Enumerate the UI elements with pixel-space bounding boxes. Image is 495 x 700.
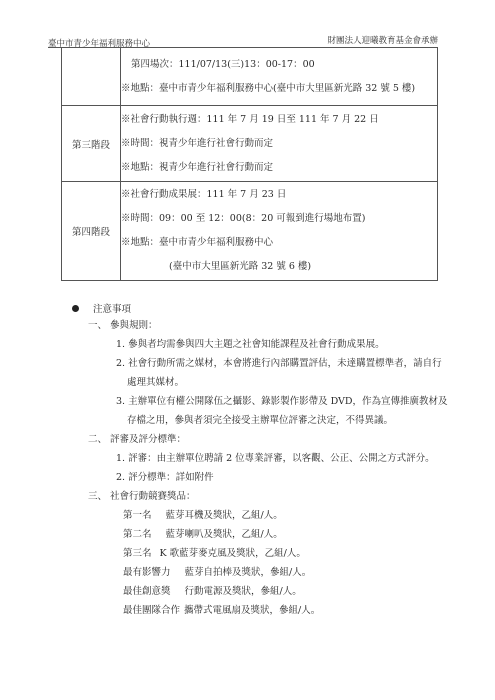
rule-item: 1. 參與者均需參與四大主題之社會知能課程及社會行動成果展。	[80, 335, 455, 354]
section-heading: 一、 參與規則：	[80, 316, 455, 335]
rule-text: 3. 主辦單位有權公開隊伍之攝影、錄影製作影帶及 DVD，作為宣傳推廣教材及	[116, 396, 448, 407]
schedule-table: 第四場次：111/07/13(三)13：00-17：00 ※地點：臺中市青少年福…	[61, 47, 438, 281]
judging-text: 1. 評審：由主辦單位聘請 2 位專業評審，以客觀、公正、公開之方式評分。	[116, 453, 435, 464]
bullet-icon	[72, 305, 79, 312]
action-time: ※時間：視青少年進行社會行動而定	[121, 132, 437, 156]
prize-row: 第一名藍芽耳機及獎狀，乙組/人。	[80, 506, 455, 525]
rule-text-continued: 處理其媒材。	[116, 373, 455, 392]
detail-cell: 第四場次：111/07/13(三)13：00-17：00 ※地點：臺中市青少年福…	[121, 48, 438, 106]
prize-row: 第三名K 歌藍芽麥克風及獎狀，乙組/人。	[80, 544, 455, 563]
rule-text: 2. 社會行動所需之媒材，本會將進行內部購置評估，未達購置標準者，請自行	[116, 358, 442, 369]
exhibition-location: ※地點：臺中市青少年福利服務中心	[121, 231, 437, 255]
detail-cell: ※社會行動執行週：111 年 7 月 19 日至 111 年 7 月 22 日 …	[121, 106, 438, 182]
session-time: 第四場次：111/07/13(三)13：00-17：00	[121, 53, 437, 77]
prize-rank: 第三名	[123, 544, 152, 563]
prize-desc: K 歌藍芽麥克風及獎狀，乙組/人。	[160, 544, 306, 563]
table-row: 第四階段 ※社會行動成果展：111 年 7 月 23 日 ※時間：09：00 至…	[62, 182, 438, 281]
prize-desc: 藍芽自拍棒及獎狀，參組/人。	[185, 563, 312, 582]
notes-title-row: 注意事項	[80, 300, 455, 316]
exhibition-address: (臺中市大里區新光路 32 號 6 樓)	[121, 255, 437, 279]
action-week: ※社會行動執行週：111 年 7 月 19 日至 111 年 7 月 22 日	[121, 108, 437, 132]
prize-rank: 第一名	[123, 506, 152, 525]
rule-item: 2. 社會行動所需之媒材，本會將進行內部購置評估，未達購置標準者，請自行處理其媒…	[80, 354, 455, 392]
stage-cell: 第三階段	[62, 106, 121, 182]
rule-text: 1. 參與者均需參與四大主題之社會知能課程及社會行動成果展。	[116, 339, 385, 350]
judging-item: 2. 評分標準：詳如附件	[80, 468, 455, 487]
prize-row: 第二名藍芽喇叭及獎狀，乙組/人。	[80, 525, 455, 544]
exhibition-time: ※時間：09：00 至 12：00(8：20 可報到進行場地布置)	[121, 207, 437, 231]
prize-row: 最佳團隊合作攜帶式電風扇及獎狀，參組/人。	[80, 601, 455, 620]
judging-text: 2. 評分標準：詳如附件	[116, 472, 214, 483]
rule-item: 3. 主辦單位有權公開隊伍之攝影、錄影製作影帶及 DVD，作為宣傳推廣教材及存檔…	[80, 392, 455, 430]
prize-rank: 最有影響力	[123, 563, 171, 582]
stage-cell: 第四階段	[62, 182, 121, 281]
table-row: 第三階段 ※社會行動執行週：111 年 7 月 19 日至 111 年 7 月 …	[62, 106, 438, 182]
prize-row: 最佳創意獎行動電源及獎狀，參組/人。	[80, 582, 455, 601]
table-row: 第四場次：111/07/13(三)13：00-17：00 ※地點：臺中市青少年福…	[62, 48, 438, 106]
judging-item: 1. 評審：由主辦單位聘請 2 位專業評審，以客觀、公正、公開之方式評分。	[80, 449, 455, 468]
prize-rank: 最佳團隊合作	[123, 601, 180, 620]
prize-desc: 藍芽耳機及獎狀，乙組/人。	[166, 506, 283, 525]
prize-row: 最有影響力藍芽自拍棒及獎狀，參組/人。	[80, 563, 455, 582]
rule-text-continued: 存檔之用，參與者須完全接受主辦單位評審之決定，不得異議。	[116, 411, 455, 430]
prize-desc: 攜帶式電風扇及獎狀，參組/人。	[184, 601, 320, 620]
prize-rank: 最佳創意獎	[123, 582, 171, 601]
exhibition-date: ※社會行動成果展：111 年 7 月 23 日	[121, 183, 437, 207]
section-heading: 三、 社會行動競賽獎品：	[80, 487, 455, 506]
prize-desc: 行動電源及獎狀，參組/人。	[185, 582, 302, 601]
section-heading: 二、 評審及評分標準：	[80, 430, 455, 449]
action-location: ※地點：視青少年進行社會行動而定	[121, 156, 437, 180]
prize-rank: 第二名	[123, 525, 152, 544]
notes-title: 注意事項	[93, 301, 131, 315]
header-contractor: 財團法人迎曦教育基金會承辦	[327, 34, 438, 46]
detail-cell: ※社會行動成果展：111 年 7 月 23 日 ※時間：09：00 至 12：0…	[121, 182, 438, 281]
stage-cell	[62, 48, 121, 106]
notes-section: 注意事項 一、 參與規則： 1. 參與者均需參與四大主題之社會知能課程及社會行動…	[80, 300, 455, 620]
session-location: ※地點：臺中市青少年福利服務中心(臺中市大里區新光路 32 號 5 樓)	[121, 77, 437, 101]
prize-desc: 藍芽喇叭及獎狀，乙組/人。	[166, 525, 283, 544]
